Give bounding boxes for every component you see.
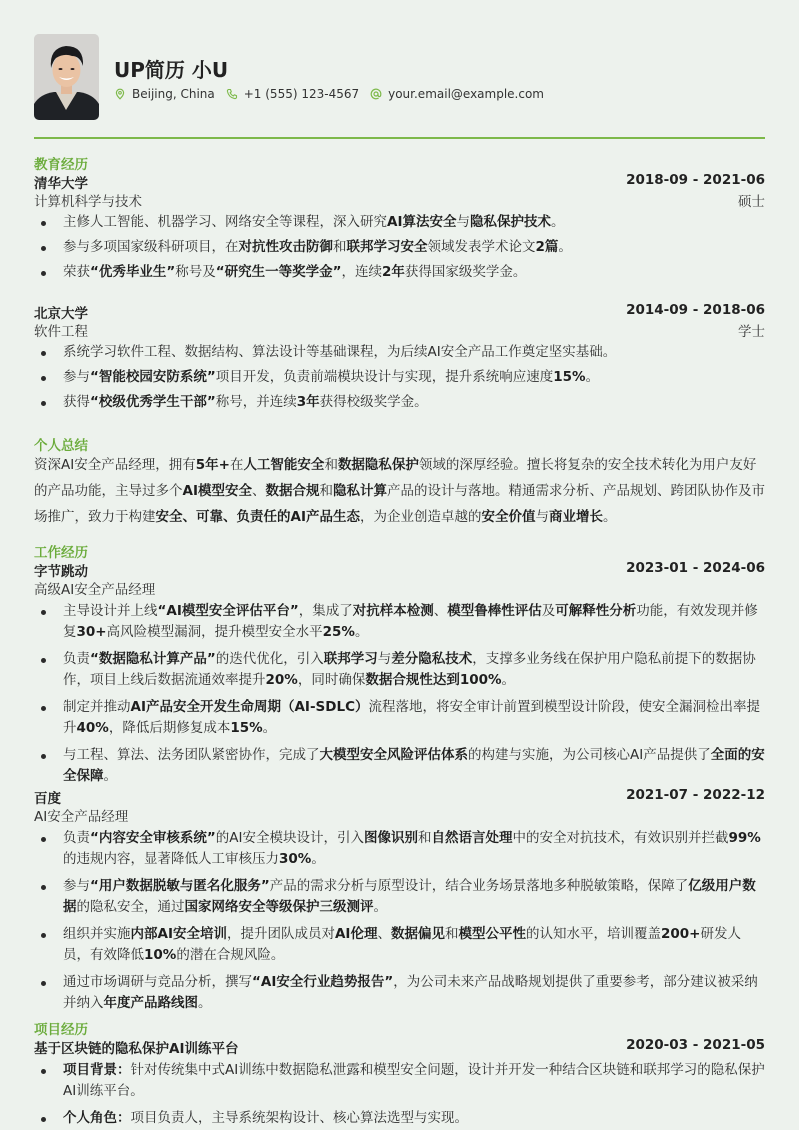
text-run: 的隐私安全，通过 — [77, 899, 185, 915]
project-date: 2020-03 - 2021-05 — [626, 1037, 765, 1053]
section-title-projects: 项目经历 — [34, 1018, 88, 1038]
text-run: 。 — [263, 720, 277, 736]
text-run: 荣获 — [63, 264, 90, 280]
work-role: AI安全产品经理 — [34, 805, 128, 825]
highlight-text: 个人角色： — [63, 1110, 131, 1126]
highlight-text: 大模型安全风险评估体系 — [320, 747, 469, 763]
highlight-text: 10% — [144, 947, 176, 963]
phone-icon — [226, 88, 238, 100]
highlight-text: 数据合规性达到100% — [365, 672, 501, 688]
highlight-text: 200+ — [661, 926, 701, 942]
text-run: 获得国家级奖学金。 — [405, 264, 527, 280]
contact-location: Beijing, China — [114, 87, 215, 101]
text-run: 。 — [311, 851, 325, 867]
text-run: 与 — [378, 651, 392, 667]
highlight-text: 自然语言处理 — [431, 830, 512, 846]
highlight-text: 可解释性分析 — [555, 603, 636, 619]
text-run: 。 — [551, 214, 565, 230]
highlight-text: 国家网络安全等级保护三级测评 — [185, 899, 374, 915]
text-run: 和 — [445, 926, 459, 942]
bullet-item: 参与“智能校园安防系统”项目开发，负责前端模块设计与实现，提升系统响应速度15%… — [34, 367, 765, 388]
summary-text: 资深AI安全产品经理，拥有5年+在人工智能安全和数据隐私保护领域的深厚经验。擅长… — [34, 452, 765, 530]
highlight-text: “校级优秀学生干部” — [90, 394, 216, 410]
bullet-item: 参与“用户数据脱敏与匿名化服务”产品的需求分析与原型设计，结合业务场景落地多种脱… — [34, 876, 765, 918]
highlight-text: 对抗样本检测 — [353, 603, 434, 619]
text-run: 针对传统集中式AI训练中数据隐私泄露和模型安全问题，设计并开发一种结合区块链和联… — [63, 1062, 765, 1099]
bullet-item: 获得“校级优秀学生干部”称号，并连续3年获得校级奖学金。 — [34, 392, 765, 413]
highlight-text: 对抗性攻击防御 — [239, 239, 334, 255]
highlight-text: “AI安全行业趋势报告” — [252, 974, 393, 990]
highlight-text: 安全、可靠、负责任的AI产品生态 — [156, 509, 360, 525]
text-run: 通过市场调研与竞品分析，撰写 — [63, 974, 252, 990]
text-run: 称号及 — [175, 264, 216, 280]
bullet-item: 与工程、算法、法务团队紧密协作，完成了大模型安全风险评估体系的构建与实施，为公司… — [34, 745, 765, 787]
education-school: 清华大学 — [34, 172, 88, 192]
contact-email[interactable]: your.email@example.com — [370, 87, 544, 101]
bullet-item: 负责“内容安全审核系统”的AI安全模块设计，引入图像识别和自然语言处理中的安全对… — [34, 828, 765, 870]
text-run: 与 — [456, 214, 470, 230]
section-title-education: 教育经历 — [34, 153, 88, 173]
highlight-text: “优秀毕业生” — [90, 264, 175, 280]
text-run: 参与 — [63, 369, 90, 385]
resume-header: UP简历 小U Beijing, China +1 (555) 123-4567… — [34, 34, 765, 120]
project-bullets: 项目背景：针对传统集中式AI训练中数据隐私泄露和模型安全问题，设计并开发一种结合… — [34, 1060, 765, 1129]
text-run: 负责 — [63, 830, 90, 846]
highlight-text: 25% — [323, 624, 355, 640]
highlight-text: 隐私保护技术 — [470, 214, 551, 230]
map-pin-icon — [114, 88, 126, 100]
highlight-text: 商业增长 — [549, 509, 603, 525]
contact-info: Beijing, China +1 (555) 123-4567 your.em… — [114, 87, 555, 101]
header-divider — [34, 137, 765, 139]
highlight-text: 40% — [77, 720, 109, 736]
avatar — [34, 34, 99, 120]
highlight-text: “数据隐私计算产品” — [90, 651, 216, 667]
text-run: 。 — [355, 624, 369, 640]
text-run: ，同时确保 — [298, 672, 366, 688]
work-company: 百度 — [34, 787, 61, 807]
highlight-text: 模型鲁棒性评估 — [447, 603, 542, 619]
highlight-text: 30% — [279, 851, 311, 867]
highlight-text: 模型公平性 — [458, 926, 526, 942]
text-run: ，降低后期修复成本 — [109, 720, 231, 736]
text-run: 和 — [319, 483, 333, 499]
text-run: 的认知水平，培训覆盖 — [526, 926, 661, 942]
text-run: 。 — [558, 239, 572, 255]
bullet-item: 参与多项国家级科研项目，在对抗性攻击防御和联邦学习安全领域发表学术论文2篇。 — [34, 237, 765, 258]
bullet-item: 荣获“优秀毕业生”称号及“研究生一等奖学金”，连续2年获得国家级奖学金。 — [34, 262, 765, 283]
highlight-text: 2篇 — [536, 239, 559, 255]
work-bullets: 负责“内容安全审核系统”的AI安全模块设计，引入图像识别和自然语言处理中的安全对… — [34, 828, 765, 1014]
text-run: 主修人工智能、机器学习、网络安全等课程，深入研究 — [63, 214, 387, 230]
work-date: 2021-07 - 2022-12 — [626, 787, 765, 803]
highlight-text: 数据偏见 — [391, 926, 445, 942]
bullet-item: 个人角色：项目负责人，主导系统架构设计、核心算法选型与实现。 — [34, 1108, 765, 1129]
text-run: 的AI安全模块设计，引入 — [216, 830, 364, 846]
education-degree: 学士 — [738, 320, 765, 340]
text-run: 、 — [434, 603, 448, 619]
text-run: ，连续 — [342, 264, 383, 280]
education-major: 计算机科学与技术 — [34, 190, 142, 210]
text-run: 与 — [535, 509, 549, 525]
contact-phone[interactable]: +1 (555) 123-4567 — [226, 87, 359, 101]
text-run: 。 — [374, 899, 388, 915]
highlight-text: 隐私计算 — [333, 483, 387, 499]
text-run: 参与多项国家级科研项目，在 — [63, 239, 239, 255]
education-date: 2018-09 - 2021-06 — [626, 172, 765, 188]
bullet-item: 负责“数据隐私计算产品”的迭代优化，引入联邦学习与差分隐私技术，支撑多业务线在保… — [34, 649, 765, 691]
text-run: 、 — [252, 483, 266, 499]
text-run: 项目负责人，主导系统架构设计、核心算法选型与实现。 — [131, 1110, 469, 1126]
text-run: ，集成了 — [299, 603, 353, 619]
text-run: ，提升团队成员对 — [227, 926, 335, 942]
education-school: 北京大学 — [34, 302, 88, 322]
work-date: 2023-01 - 2024-06 — [626, 560, 765, 576]
highlight-text: 15% — [230, 720, 262, 736]
text-run: 获得校级奖学金。 — [320, 394, 428, 410]
text-run: 。 — [502, 672, 516, 688]
at-sign-icon — [370, 88, 382, 100]
highlight-text: 项目背景： — [63, 1062, 131, 1078]
section-title-summary: 个人总结 — [34, 434, 88, 454]
text-run: 高风险模型漏洞，提升模型安全水平 — [107, 624, 323, 640]
phone-text: +1 (555) 123-4567 — [244, 87, 359, 101]
text-run: 资深AI安全产品经理，拥有 — [34, 457, 196, 473]
highlight-text: 图像识别 — [364, 830, 418, 846]
bullet-item: 通过市场调研与竞品分析，撰写“AI安全行业趋势报告”，为公司未来产品战略规划提供… — [34, 972, 765, 1014]
work-bullets: 主导设计并上线“AI模型安全评估平台”，集成了对抗样本检测、模型鲁棒性评估及可解… — [34, 601, 765, 787]
highlight-text: 15% — [553, 369, 585, 385]
text-run: 获得 — [63, 394, 90, 410]
text-run: 中的安全对抗技术，有效识别并拦截 — [512, 830, 728, 846]
text-run: 项目开发，负责前端模块设计与实现，提升系统响应速度 — [216, 369, 554, 385]
text-run: 。 — [586, 369, 600, 385]
text-run: 和 — [324, 457, 338, 473]
highlight-text: “内容安全审核系统” — [90, 830, 216, 846]
text-run: 领域发表学术论文 — [428, 239, 536, 255]
bullet-item: 项目背景：针对传统集中式AI训练中数据隐私泄露和模型安全问题，设计并开发一种结合… — [34, 1060, 765, 1102]
highlight-text: 内部AI安全培训 — [131, 926, 227, 942]
highlight-text: 2年 — [382, 264, 405, 280]
highlight-text: AI伦理 — [335, 926, 377, 942]
bullet-item: 主导设计并上线“AI模型安全评估平台”，集成了对抗样本检测、模型鲁棒性评估及可解… — [34, 601, 765, 643]
text-run: 与工程、算法、法务团队紧密协作，完成了 — [63, 747, 320, 763]
work-role: 高级AI安全产品经理 — [34, 578, 155, 598]
text-run: 系统学习软件工程、数据结构、算法设计等基础课程，为后续AI安全产品工作奠定坚实基… — [63, 344, 616, 360]
text-run: 。 — [104, 768, 118, 784]
highlight-text: “研究生一等奖学金” — [216, 264, 342, 280]
highlight-text: 30+ — [77, 624, 107, 640]
highlight-text: “智能校园安防系统” — [90, 369, 216, 385]
bullet-item: 制定并推动AI产品安全开发生命周期（AI-SDLC）流程落地，将安全审计前置到模… — [34, 697, 765, 739]
highlight-text: 99% — [728, 830, 760, 846]
education-date: 2014-09 - 2018-06 — [626, 302, 765, 318]
highlight-text: 差分隐私技术 — [391, 651, 472, 667]
project-name: 基于区块链的隐私保护AI训练平台 — [34, 1037, 238, 1057]
text-run: 产品的需求分析与原型设计，结合业务场景落地多种脱敏策略，保障了 — [270, 878, 689, 894]
highlight-text: 联邦学习 — [324, 651, 378, 667]
text-run: 和 — [418, 830, 432, 846]
candidate-name: UP简历 小U — [114, 54, 228, 83]
text-run: 参与 — [63, 878, 90, 894]
text-run: 在 — [230, 457, 244, 473]
text-run: 。 — [198, 995, 212, 1011]
highlight-text: 数据合规 — [265, 483, 319, 499]
education-bullets: 系统学习软件工程、数据结构、算法设计等基础课程，为后续AI安全产品工作奠定坚实基… — [34, 342, 765, 413]
highlight-text: AI模型安全 — [183, 483, 252, 499]
profile-photo — [34, 34, 99, 120]
location-text: Beijing, China — [132, 87, 215, 101]
highlight-text: 联邦学习安全 — [347, 239, 428, 255]
text-run: 称号，并连续 — [216, 394, 297, 410]
email-text: your.email@example.com — [388, 87, 544, 101]
section-title-work: 工作经历 — [34, 541, 88, 561]
highlight-text: AI产品安全开发生命周期（AI-SDLC） — [131, 699, 369, 715]
text-run: 的构建与实施，为公司核心AI产品提供了 — [468, 747, 711, 763]
text-run: 主导设计并上线 — [63, 603, 158, 619]
highlight-text: “用户数据脱敏与匿名化服务” — [90, 878, 270, 894]
text-run: 的潜在合规风险。 — [176, 947, 284, 963]
highlight-text: 年度产品路线图 — [104, 995, 199, 1011]
highlight-text: 人工智能安全 — [243, 457, 324, 473]
text-run: 的违规内容，显著降低人工审核压力 — [63, 851, 279, 867]
text-run: 和 — [333, 239, 347, 255]
education-major: 软件工程 — [34, 320, 88, 340]
text-run: 及 — [542, 603, 556, 619]
text-run: ，为企业创造卓越的 — [360, 509, 482, 525]
highlight-text: 3年 — [297, 394, 320, 410]
bullet-item: 组织并实施内部AI安全培训，提升团队成员对AI伦理、数据偏见和模型公平性的认知水… — [34, 924, 765, 966]
bullet-item: 主修人工智能、机器学习、网络安全等课程，深入研究AI算法安全与隐私保护技术。 — [34, 212, 765, 233]
text-run: 制定并推动 — [63, 699, 131, 715]
bullet-item: 系统学习软件工程、数据结构、算法设计等基础课程，为后续AI安全产品工作奠定坚实基… — [34, 342, 765, 363]
highlight-text: 安全价值 — [481, 509, 535, 525]
text-run: 负责 — [63, 651, 90, 667]
highlight-text: 5年+ — [196, 457, 230, 473]
highlight-text: 20% — [266, 672, 298, 688]
highlight-text: AI算法安全 — [387, 214, 456, 230]
highlight-text: 数据隐私保护 — [338, 457, 419, 473]
text-run: 、 — [377, 926, 391, 942]
education-bullets: 主修人工智能、机器学习、网络安全等课程，深入研究AI算法安全与隐私保护技术。参与… — [34, 212, 765, 283]
highlight-text: “AI模型安全评估平台” — [158, 603, 299, 619]
education-degree: 硕士 — [738, 190, 765, 210]
work-company: 字节跳动 — [34, 560, 88, 580]
text-run: 的迭代优化，引入 — [216, 651, 324, 667]
text-run: 。 — [603, 509, 617, 525]
text-run: 组织并实施 — [63, 926, 131, 942]
